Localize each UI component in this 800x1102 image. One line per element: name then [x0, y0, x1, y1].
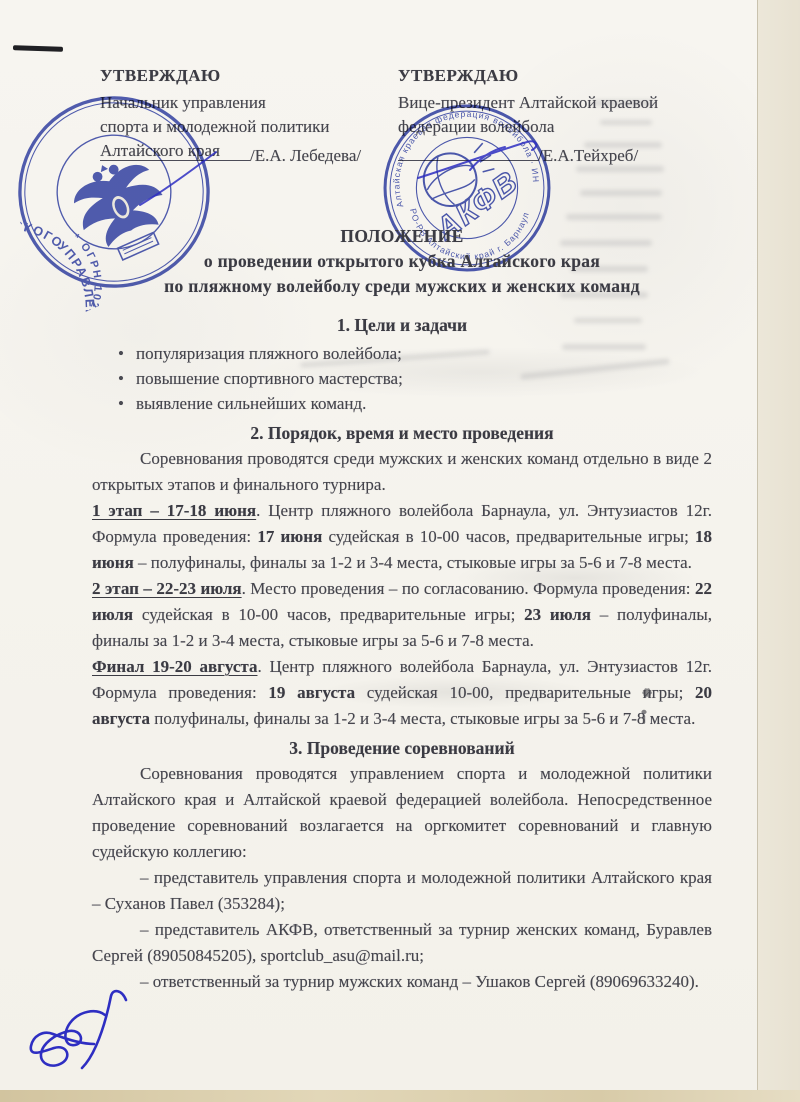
section3-heading: 3. Проведение соревнований: [92, 736, 712, 761]
final-paragraph: Финал 19-20 августа. Центр пляжного воле…: [92, 654, 712, 732]
signature-row-right: /Е.А.Тейхреб/: [398, 146, 638, 166]
ink-speck: [639, 708, 649, 726]
list-item-text: выявление сильнейших команд.: [136, 394, 366, 413]
list-item-text: повышение спортивного мастерства;: [136, 369, 403, 388]
bleed-through-mark: [566, 214, 662, 220]
approval-heading: УТВЕРЖДАЮ: [100, 64, 410, 88]
paper-right-edge: [757, 0, 800, 1102]
bleed-through-mark: [580, 190, 662, 196]
signature-row-left: /Е.А. Лебедева/: [100, 146, 361, 166]
approval-heading: УТВЕРЖДАЮ: [398, 64, 708, 88]
bullet-marker: •: [118, 391, 136, 416]
handwritten-signature: [8, 984, 163, 1092]
stage1-paragraph: 1 этап – 17-18 июня. Центр пляжного воле…: [92, 498, 712, 576]
list-item: •популяризация пляжного волейбола;: [118, 341, 712, 366]
document-body: ПОЛОЖЕНИЕ о проведении открытого кубка А…: [92, 224, 712, 995]
signature-line: [398, 146, 538, 161]
official-item: – представитель управления спорта и моло…: [92, 865, 712, 917]
official-item: – ответственный за турнир мужских команд…: [92, 969, 712, 995]
document-title: ПОЛОЖЕНИЕ: [92, 224, 712, 249]
section2-heading: 2. Порядок, время и место проведения: [92, 421, 712, 446]
approval-line: спорта и молодежной политики: [100, 115, 410, 139]
text-run: полуфиналы, финалы за 1-2 и 3-4 места, с…: [150, 709, 695, 728]
pen-dash-mark: [13, 45, 63, 51]
text-run: . Место проведения – по согласованию. Фо…: [242, 579, 695, 598]
text-run-bold: 17 июня: [257, 527, 322, 546]
document-subtitle: по пляжному волейболу среди мужских и же…: [92, 274, 712, 299]
approval-line: Вице-президент Алтайской краевой: [398, 91, 708, 115]
paper-bottom-edge: [0, 1090, 800, 1102]
signatory-name: /Е.А. Лебедева/: [250, 146, 361, 165]
ink-speck: [638, 686, 656, 702]
text-run-bold: 23 июля: [524, 605, 591, 624]
approval-line: федерации волейбола: [398, 115, 708, 139]
scanned-document-page: УТВЕРЖДАЮ Начальник управления спорта и …: [0, 0, 800, 1102]
bullet-marker: •: [118, 341, 136, 366]
bleed-through-mark: [576, 166, 664, 172]
list-item: •повышение спортивного мастерства;: [118, 366, 712, 391]
stage2-paragraph: 2 этап – 22-23 июля. Место проведения – …: [92, 576, 712, 654]
list-item-text: популяризация пляжного волейбола;: [136, 344, 402, 363]
bullet-marker: •: [118, 366, 136, 391]
document-subtitle: о проведении открытого кубка Алтайского …: [92, 249, 712, 274]
section3-intro: Соревнования проводятся управлением спор…: [92, 761, 712, 865]
section1-heading: 1. Цели и задачи: [92, 313, 712, 338]
stage1-lead: 1 этап – 17-18 июня: [92, 501, 256, 520]
final-lead: Финал 19-20 августа: [92, 657, 257, 676]
section2-intro: Соревнования проводятся среди мужских и …: [92, 446, 712, 498]
text-run: судейская в 10-00 часов, предварительные…: [322, 527, 695, 546]
text-run-bold: 19 августа: [268, 683, 355, 702]
list-item: •выявление сильнейших команд.: [118, 391, 712, 416]
stage2-lead: 2 этап – 22-23 июля: [92, 579, 242, 598]
signature-line: [100, 146, 250, 161]
approval-line: Начальник управления: [100, 91, 410, 115]
signatory-name: /Е.А.Тейхреб/: [538, 146, 638, 165]
approval-block-right: УТВЕРЖДАЮ Вице-президент Алтайской краев…: [398, 64, 708, 139]
goals-list: •популяризация пляжного волейбола; •повы…: [92, 341, 712, 416]
official-item: – представитель АКФВ, ответственный за т…: [92, 917, 712, 969]
text-run: – полуфиналы, финалы за 1-2 и 3-4 места,…: [134, 553, 692, 572]
text-run: судейская в 10-00 часов, предварительные…: [133, 605, 524, 624]
